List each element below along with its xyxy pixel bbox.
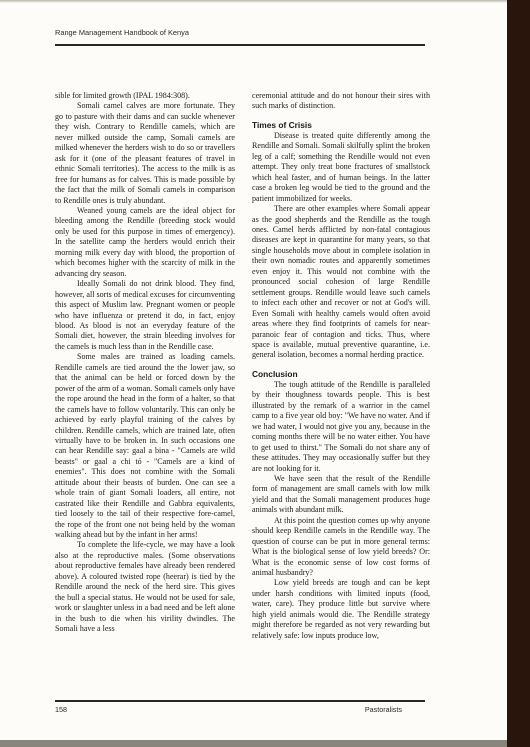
- footer-rule: [55, 700, 425, 702]
- left-column: sible for limited growth (IPAL 1984:308)…: [55, 91, 235, 635]
- scan-bottom-edge: [0, 740, 507, 747]
- paragraph: To complete the life-cycle, we may have …: [55, 540, 235, 634]
- running-head: Range Management Handbook of Kenya: [55, 28, 189, 37]
- paragraph: Somali camel calves are more fortunate. …: [55, 101, 235, 206]
- paragraph: Disease is treated quite differently amo…: [252, 131, 430, 204]
- paragraph: Ideally Somali do not drink blood. They …: [55, 279, 235, 352]
- footer-section-title: Pastoralists: [365, 705, 402, 714]
- paragraph: There are other examples where Somali ap…: [252, 204, 430, 361]
- header-rule: [55, 44, 425, 46]
- paragraph: Weaned young camels are the ideal object…: [55, 206, 235, 279]
- book-spine-shadow: [507, 0, 530, 747]
- right-column: ceremonial attitude and do not honour th…: [252, 91, 430, 641]
- paragraph: We have seen that the result of the Rend…: [252, 474, 430, 516]
- section-heading-times-of-crisis: Times of Crisis: [252, 120, 430, 131]
- paragraph: Low yield breeds are tough and can be ke…: [252, 578, 430, 641]
- paragraph: Some males are trained as loading camels…: [55, 352, 235, 540]
- paragraph: At this point the question comes up why …: [252, 516, 430, 579]
- paragraph: sible for limited growth (IPAL 1984:308)…: [55, 91, 235, 101]
- section-heading-conclusion: Conclusion: [252, 369, 430, 380]
- scan-top-edge: [0, 0, 507, 3]
- page-number: 158: [55, 705, 67, 714]
- book-page: Range Management Handbook of Kenya sible…: [0, 0, 507, 742]
- paragraph: ceremonial attitude and do not honour th…: [252, 91, 430, 112]
- paragraph: The tough attitude of the Rendille is pa…: [252, 380, 430, 474]
